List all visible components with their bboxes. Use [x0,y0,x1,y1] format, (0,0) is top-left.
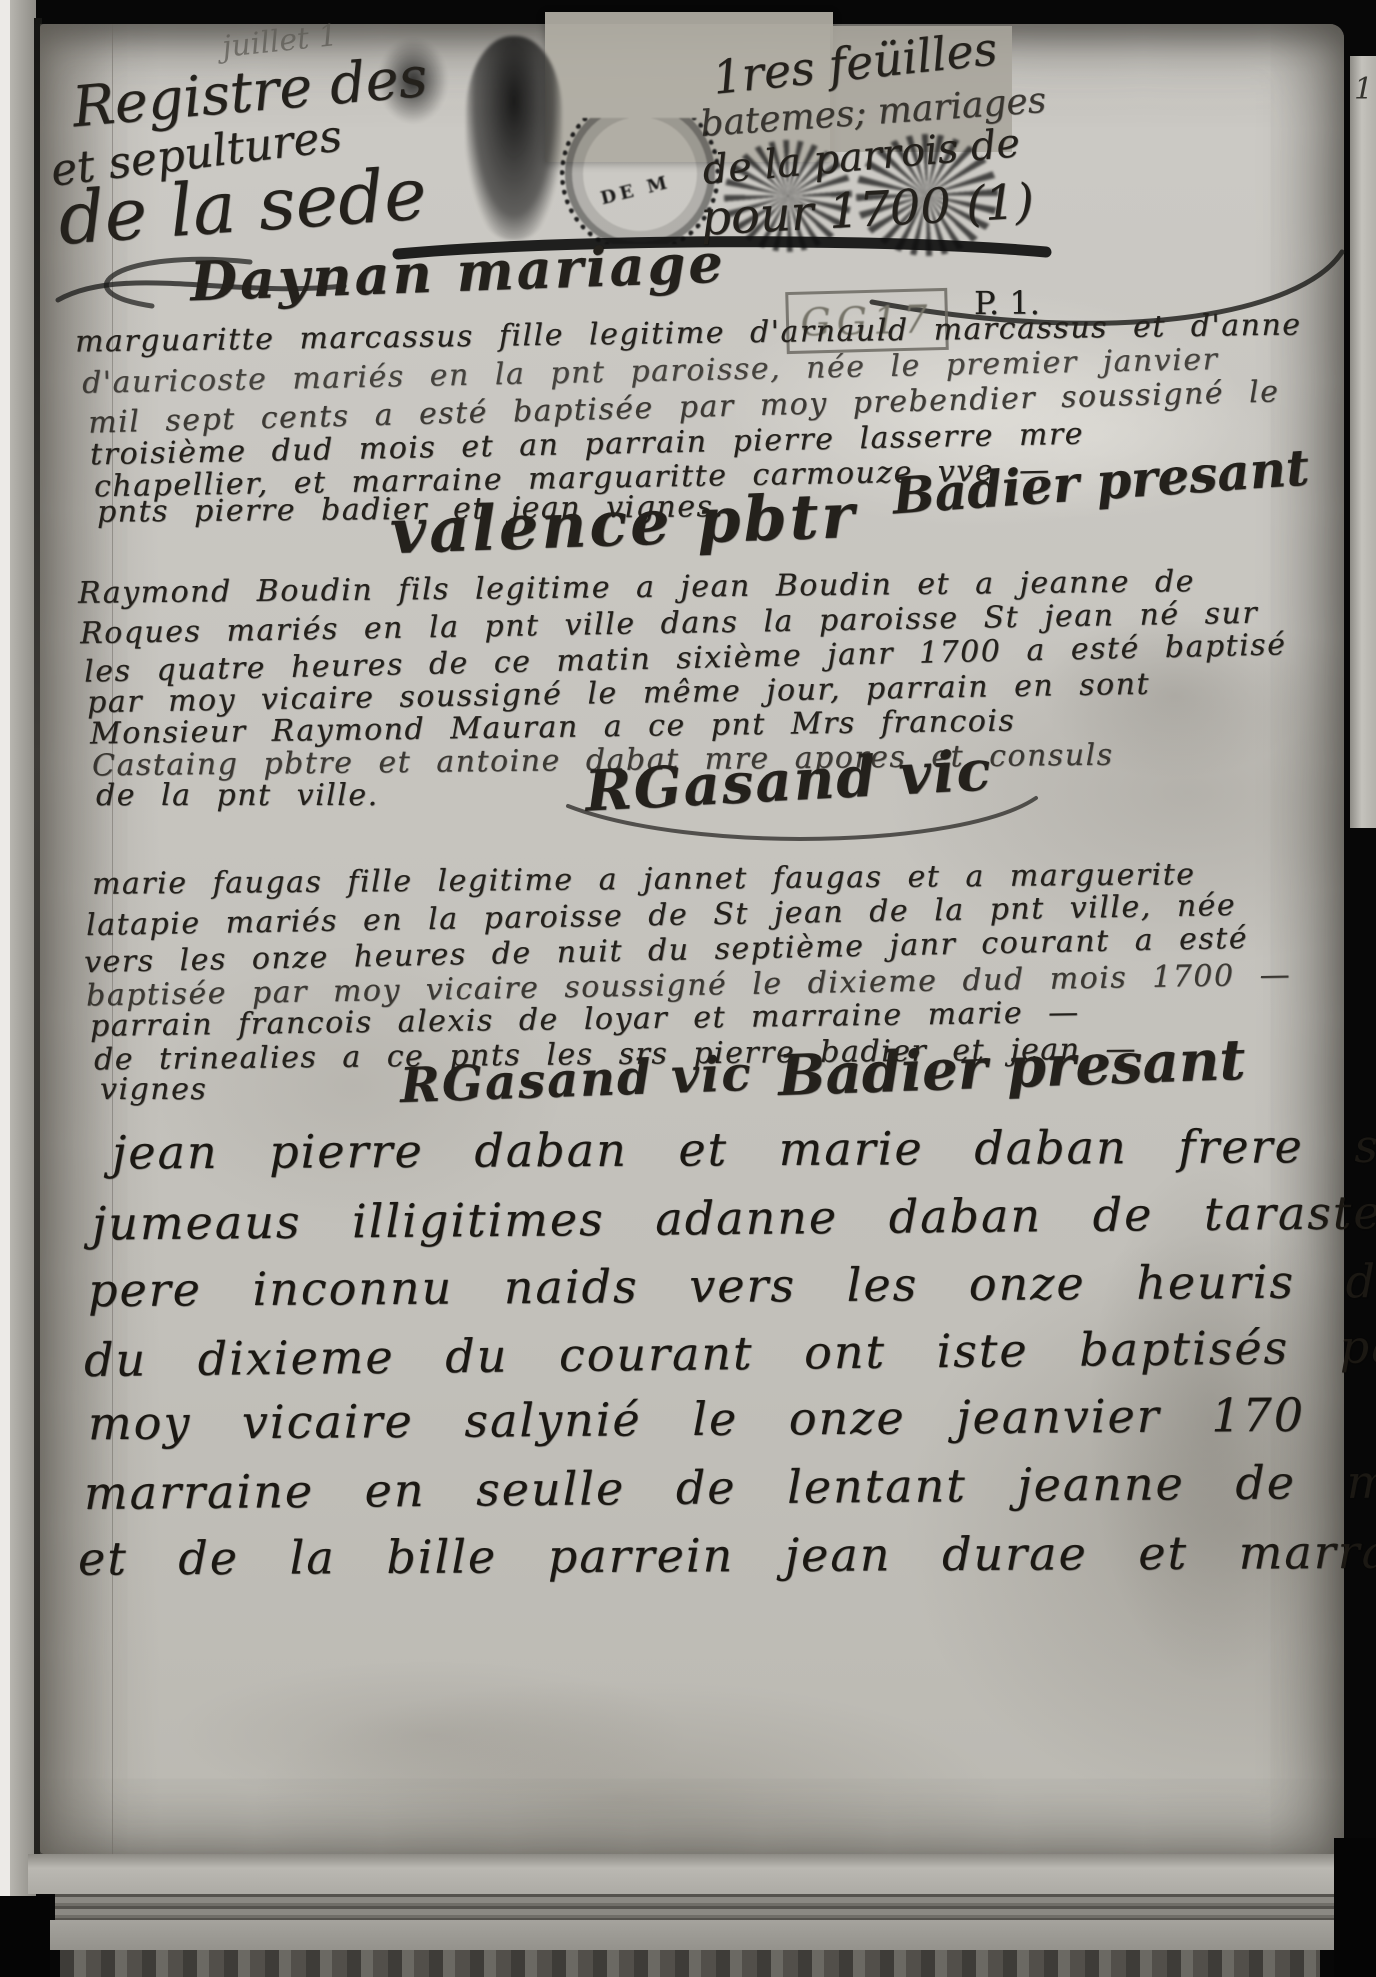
record-line: vignes [100,1072,207,1107]
record-line: de la pnt ville. [96,778,379,813]
record-line: jean pierre daban et marie daban frere s… [112,1119,1376,1180]
left-white-page-edge [0,0,10,1912]
facing-page-sliver [1350,56,1376,828]
ink-stamp-blot [466,36,562,240]
scanned-register-page: DE M juillet 1 GG17 P. 1. 1 Registre des… [0,0,1376,1977]
scan-background-corner [1334,1838,1376,1977]
record-line: marraine en seulle de lentant jeanne de … [84,1454,1376,1520]
page-block-edge-rough [60,1950,1320,1977]
page-block-edge-streaks [55,1894,1335,1920]
record-line: moy vicaire salynié le onze jeanvier 170 [88,1388,1305,1450]
left-underlying-page-edge [10,0,36,1902]
page-block-edge [28,1854,1348,1894]
circular-seal-stamp: DE M [552,118,724,244]
scan-background-corner [0,1896,50,1977]
record-line: pere inconnu naids vers les onze heuris … [88,1253,1376,1317]
facing-page-marker: 1 [1354,72,1373,107]
record-line: et de la bille parrein jean durae et mar… [78,1524,1376,1585]
page-block-edge [40,1920,1340,1950]
